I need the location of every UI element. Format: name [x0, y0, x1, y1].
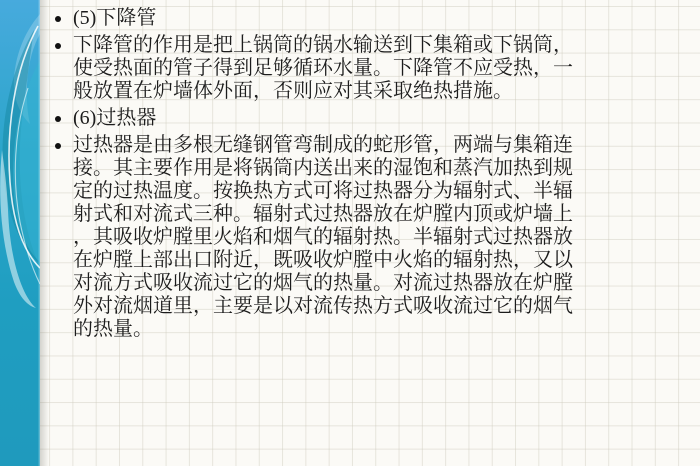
text-line: (6)过热器	[73, 107, 156, 130]
bullet-item-paragraph: 下降管的作用是把上锅筒的锅水输送到下集箱或下锅筒，使受热面的管子得到足够循环水量…	[52, 34, 694, 103]
text-line: 使受热面的管子得到足够循环水量。下降管不应受热，一	[73, 57, 573, 80]
text-line: 在炉膛上部出口附近，既吸收炉膛中火焰的辐射热，又以	[73, 249, 573, 272]
bullet-item-heading: (5)下降管	[52, 7, 694, 30]
bullet-item-paragraph: 过热器是由多根无缝钢管弯制成的蛇形管，两端与集箱连接。其主要作用是将锅筒内送出来…	[52, 134, 694, 341]
text-line: 过热器是由多根无缝钢管弯制成的蛇形管，两端与集箱连	[73, 134, 573, 157]
bullet-dot-icon	[55, 143, 61, 149]
text-line: ，其吸收炉膛里火焰和烟气的辐射热。半辐射式过热器放	[73, 226, 573, 249]
text-line: (5)下降管	[73, 7, 156, 30]
text-line: 定的过热温度。按换热方式可将过热器分为辐射式、半辐	[73, 180, 573, 203]
text-line: 下降管的作用是把上锅筒的锅水输送到下集箱或下锅筒，	[73, 34, 573, 57]
bullet-list: (5)下降管下降管的作用是把上锅筒的锅水输送到下集箱或下锅筒，使受热面的管子得到…	[52, 7, 694, 341]
text-line: 外对流烟道里，主要是以对流传热方式吸收流过它的烟气	[73, 295, 573, 318]
text-line: 接。其主要作用是将锅筒内送出来的湿饱和蒸汽加热到规	[73, 157, 573, 180]
slide-content: (5)下降管下降管的作用是把上锅筒的锅水输送到下集箱或下锅筒，使受热面的管子得到…	[52, 7, 694, 345]
bullet-item-heading: (6)过热器	[52, 107, 694, 130]
slide-canvas: (5)下降管下降管的作用是把上锅筒的锅水输送到下集箱或下锅筒，使受热面的管子得到…	[0, 0, 700, 466]
bullet-dot-icon	[55, 16, 61, 22]
sidebar-decoration	[0, 0, 40, 466]
text-line: 射式和对流式三种。辐射式过热器放在炉膛内顶或炉墙上	[73, 203, 573, 226]
bullet-text: (6)过热器	[73, 107, 156, 130]
bullet-text: 过热器是由多根无缝钢管弯制成的蛇形管，两端与集箱连接。其主要作用是将锅筒内送出来…	[73, 134, 573, 341]
bullet-text: (5)下降管	[73, 7, 156, 30]
bullet-dot-icon	[55, 43, 61, 49]
text-line: 般放置在炉墙体外面，否则应对其采取绝热措施。	[73, 80, 573, 103]
text-line: 的热量。	[73, 318, 573, 341]
text-line: 对流方式吸收流过它的烟气的热量。对流过热器放在炉膛	[73, 272, 573, 295]
bullet-text: 下降管的作用是把上锅筒的锅水输送到下集箱或下锅筒，使受热面的管子得到足够循环水量…	[73, 34, 573, 103]
sidebar-swirl-graphic	[0, 0, 40, 466]
bullet-dot-icon	[55, 116, 61, 122]
